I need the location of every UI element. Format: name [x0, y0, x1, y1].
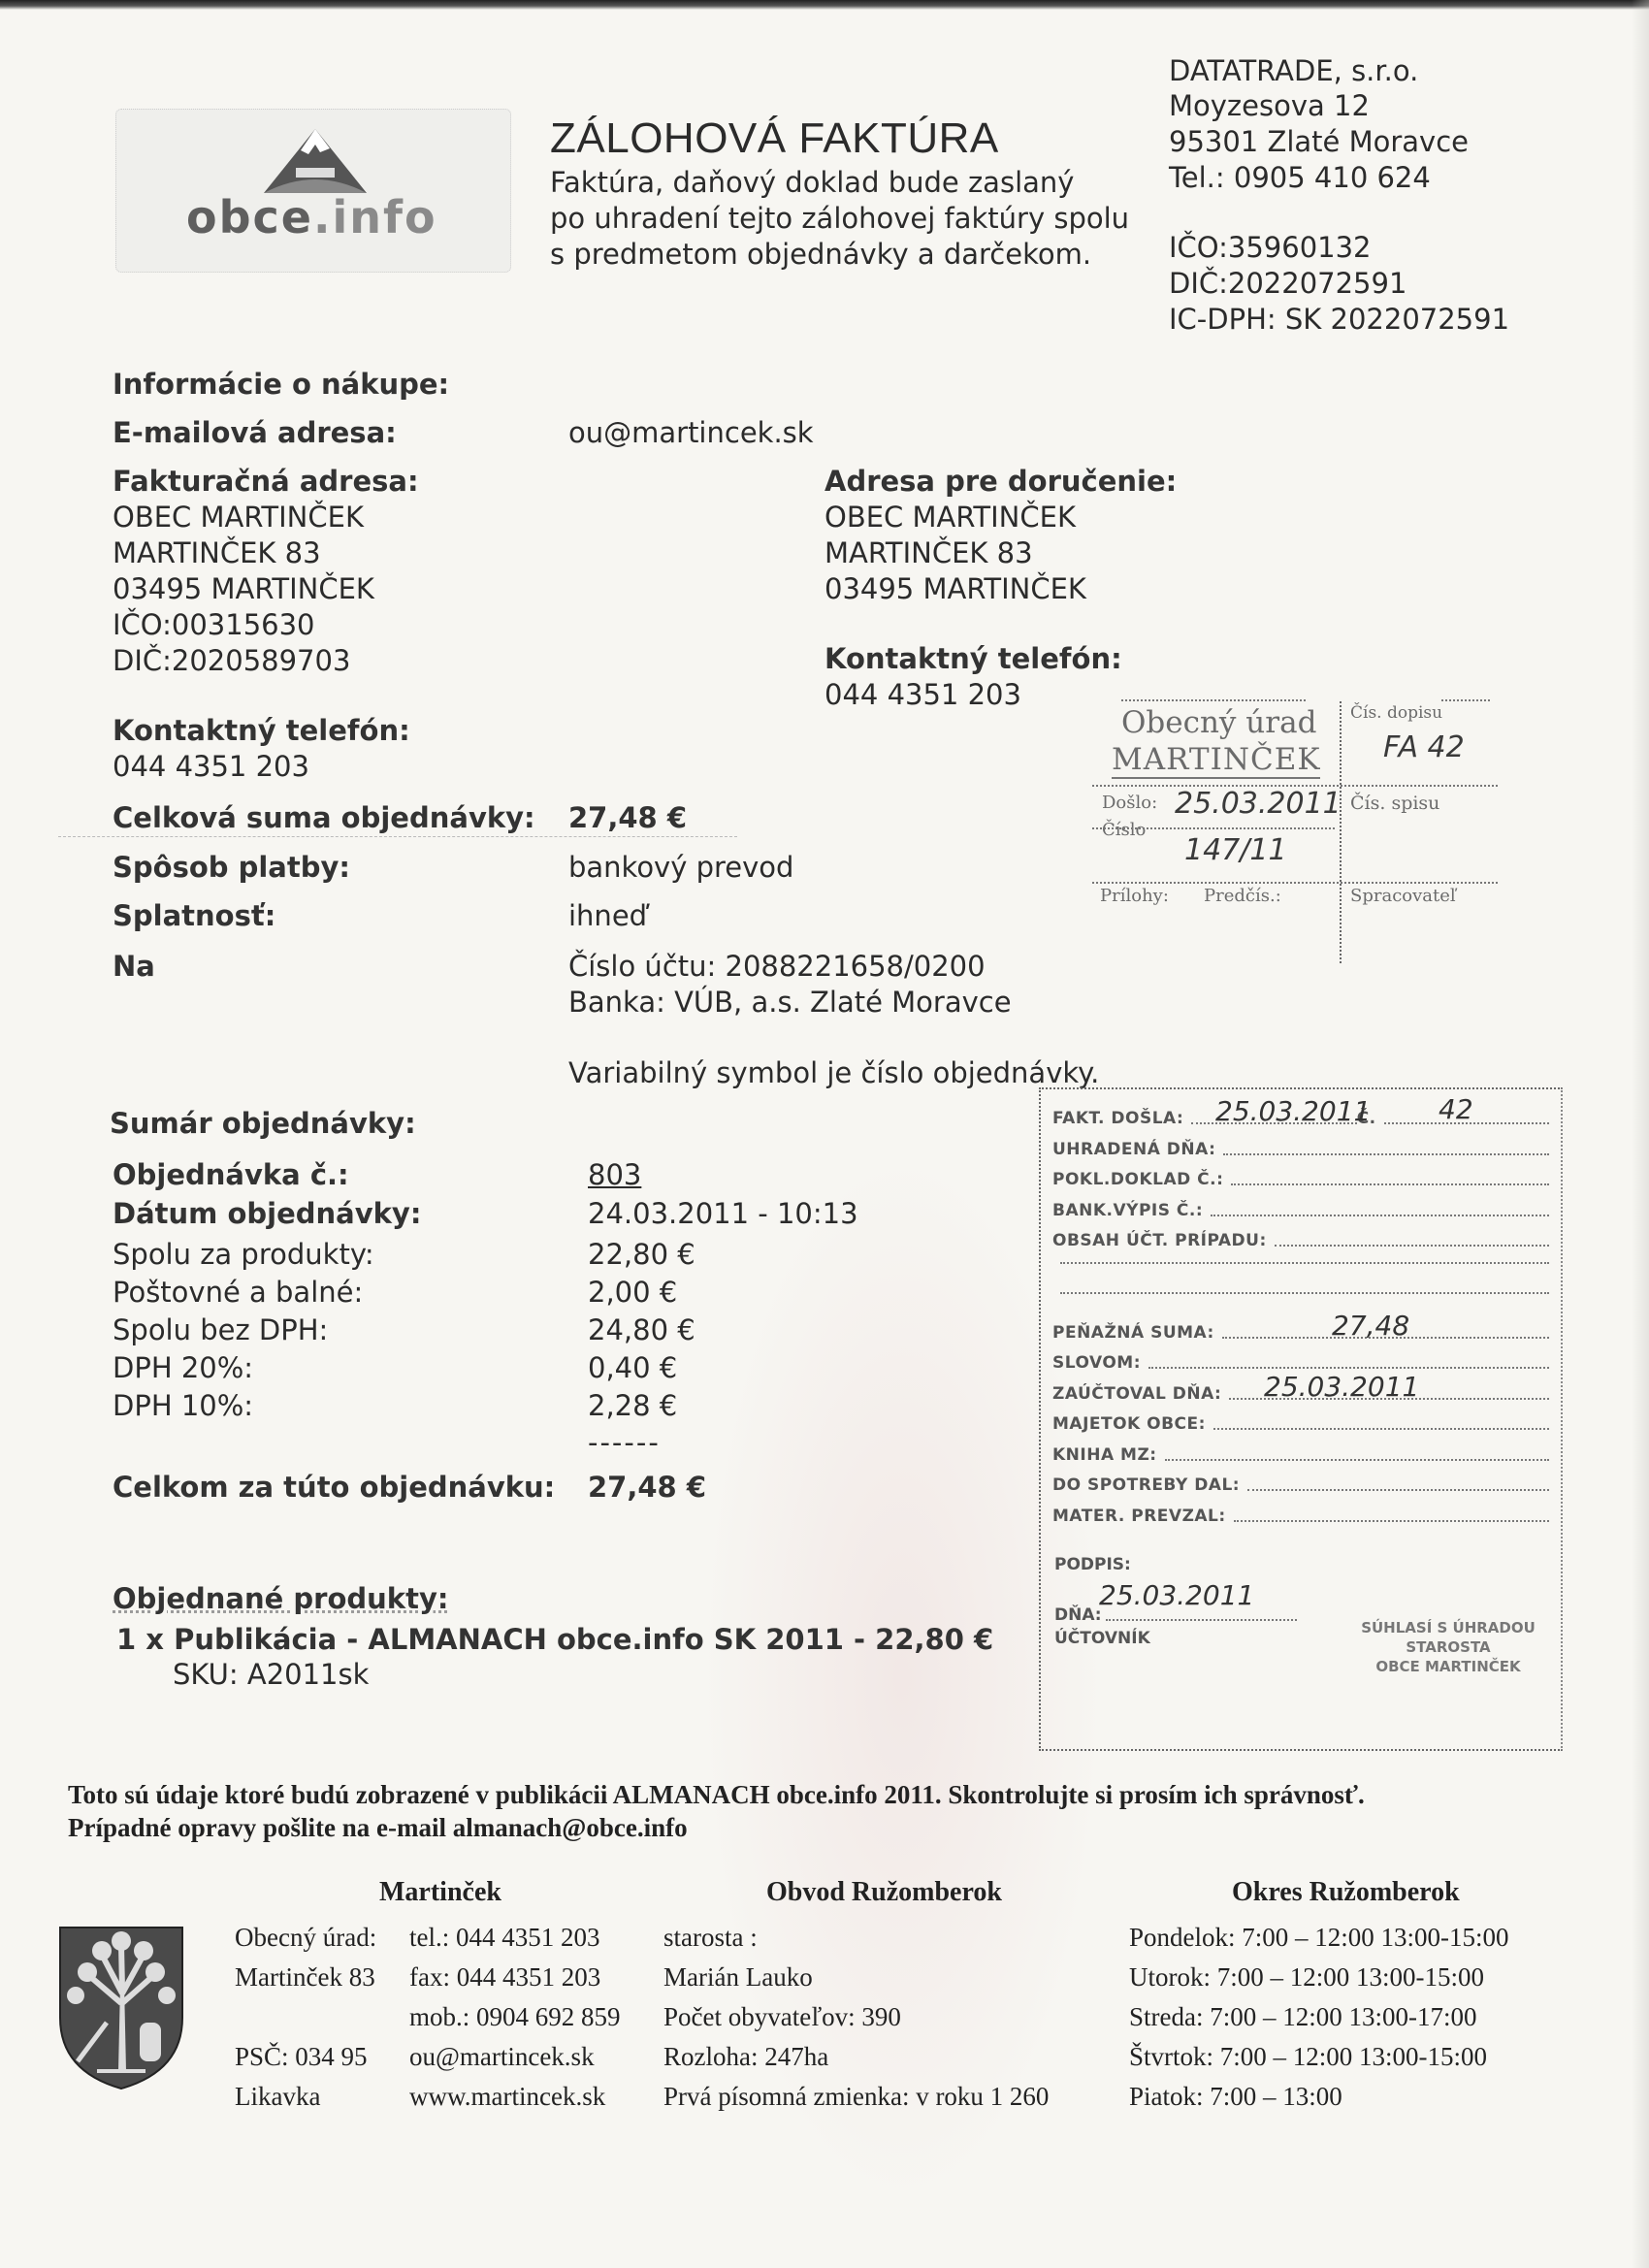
footer-col1-value: ou@martincek.sk — [409, 2037, 595, 2077]
order-number-label: Objednávka č.: — [113, 1157, 349, 1192]
registry-stamp: Obecný úrad MARTINČEK Čís. dopisu FA 42 … — [1092, 692, 1498, 963]
products-heading: Objednané produkty: — [113, 1581, 448, 1616]
stamp-attachments-label: Prílohy: — [1100, 886, 1169, 906]
subtitle-line-1: Faktúra, daňový doklad bude zaslaný — [550, 165, 1074, 201]
accounting-row-dots — [1165, 1459, 1549, 1461]
summary-row-label: DPH 20%: — [113, 1350, 253, 1385]
accounting-row-label: OBSAH ÚČT. PRÍPADU: — [1052, 1231, 1267, 1250]
accountant-label: ÚČTOVNÍK — [1054, 1629, 1150, 1648]
shipping-line: MARTINČEK 83 — [824, 535, 1033, 570]
billing-phone: 044 4351 203 — [113, 749, 309, 784]
footer-col2-heading: Obvod Ružomberok — [766, 1877, 1002, 1908]
summary-row-value: 22,80 € — [588, 1237, 695, 1272]
accounting-row-extra-value: 42 — [1439, 1093, 1473, 1125]
footer-col3-line: Štvrtok: 7:00 – 12:00 13:00-15:00 — [1129, 2037, 1487, 2077]
accounting-row: KNIHA MZ: — [1052, 1445, 1549, 1465]
municipal-coat-of-arms-icon — [58, 1926, 184, 2090]
supplier-icdph: IC-DPH: SK 2022072591 — [1169, 302, 1509, 338]
mayor-approval: SÚHLASÍ S ÚHRADOU STAROSTA OBCE MARTINČE… — [1351, 1618, 1545, 1676]
payment-method-label: Spôsob platby: — [113, 850, 350, 885]
obce-info-logo: obce.info — [115, 109, 511, 273]
footer-col1-value: www.martincek.sk — [409, 2077, 605, 2117]
billing-line: OBEC MARTINČEK — [113, 500, 364, 535]
accounting-row-value: 25.03.2011 — [1215, 1095, 1371, 1127]
footer-col2-line: Počet obyvateľov: 390 — [663, 1997, 901, 2037]
accounting-row-label: KNIHA MZ: — [1052, 1445, 1157, 1465]
shipping-line: 03495 MARTINČEK — [824, 571, 1086, 606]
accounting-row: POKL.DOKLAD Č.: — [1052, 1170, 1549, 1189]
footer-col1-label: PSČ: 034 95 — [235, 2037, 368, 2077]
footer-col1-label: Obecný úrad: — [235, 1918, 376, 1958]
supplier-phone: Tel.: 0905 410 624 — [1169, 160, 1431, 196]
shipping-address-label: Adresa pre doručenie: — [824, 464, 1177, 499]
payee-label: Na — [113, 949, 155, 984]
accounting-row-dots — [1148, 1367, 1549, 1369]
accounting-row-value: 27,48 — [1332, 1310, 1409, 1342]
stamp-office-line1: Obecný úrad — [1121, 705, 1316, 740]
scan-right-edge — [1632, 0, 1649, 2268]
product-sku: SKU: A2011sk — [173, 1657, 369, 1692]
accounting-row: OBSAH ÚČT. PRÍPADU: — [1052, 1231, 1549, 1250]
bank-name: Banka: VÚB, a.s. Zlaté Moravce — [568, 985, 1012, 1020]
accounting-row-dots — [1231, 1183, 1549, 1185]
billing-phone-label: Kontaktný telefón: — [113, 713, 410, 748]
summary-row-label: Spolu bez DPH: — [113, 1312, 328, 1347]
payment-method-value: bankový prevod — [568, 850, 793, 885]
product-line: 1 x Publikácia - ALMANACH obce.info SK 2… — [116, 1622, 993, 1657]
order-date-label: Dátum objednávky: — [113, 1196, 421, 1231]
stamp-office-line2: MARTINČEK — [1112, 742, 1320, 779]
accounting-row-dots — [1247, 1489, 1549, 1491]
footer-col1-value: tel.: 044 4351 203 — [409, 1918, 600, 1958]
accounting-row-dots — [1060, 1262, 1549, 1264]
footer-col3-line: Utorok: 7:00 – 12:00 13:00-15:00 — [1129, 1958, 1484, 1997]
footer-col3-heading: Okres Ružomberok — [1232, 1877, 1460, 1908]
accounting-row: PEŇAŽNÁ SUMA: — [1052, 1323, 1549, 1343]
footer-col1-label: Likavka — [235, 2077, 320, 2117]
summary-separator: ------ — [588, 1425, 661, 1460]
accountant-date-label: DŇA: — [1054, 1605, 1102, 1625]
footer-col3-line: Piatok: 7:00 – 13:00 — [1129, 2077, 1342, 2117]
account-number: Číslo účtu: 2088221658/0200 — [568, 949, 986, 984]
summary-row-label: DPH 10%: — [113, 1388, 253, 1423]
footer-col3-line: Streda: 7:00 – 12:00 13:00-17:00 — [1129, 1997, 1476, 2037]
accounting-row-value: 25.03.2011 — [1264, 1371, 1419, 1403]
summary-heading: Sumár objednávky: — [110, 1106, 416, 1141]
accounting-row-label: PEŇAŽNÁ SUMA: — [1052, 1323, 1214, 1343]
signature-label: PODPIS: — [1054, 1555, 1131, 1574]
accounting-row-dots — [1223, 1153, 1549, 1155]
due-value: ihneď — [568, 898, 647, 933]
summary-row-value: 24,80 € — [588, 1312, 695, 1347]
scan-dash-line — [58, 836, 737, 837]
purchase-info-heading: Informácie o nákupe: — [113, 367, 449, 402]
accounting-row: UHRADENÁ DŇA: — [1052, 1140, 1549, 1159]
accounting-row — [1052, 1262, 1549, 1268]
accounting-row-label: BANK.VÝPIS Č.: — [1052, 1201, 1203, 1220]
supplier-street: Moyzesova 12 — [1169, 88, 1370, 124]
accounting-row — [1052, 1292, 1549, 1298]
stamp-doc-no-value: FA 42 — [1383, 730, 1465, 764]
accounting-row-dots — [1213, 1428, 1549, 1430]
summary-row-label: Poštovné a balné: — [113, 1275, 363, 1310]
subtitle-line-3: s predmetom objednávky a darčekom. — [550, 237, 1091, 273]
stamp-received-value: 25.03.2011 — [1175, 787, 1342, 821]
summary-row-value: 2,00 € — [588, 1275, 677, 1310]
grand-total-value: 27,48 € — [588, 1470, 706, 1505]
stamp-number-label: Číslo — [1102, 820, 1146, 840]
billing-ico: IČO:00315630 — [113, 607, 315, 642]
accounting-row-dots — [1060, 1292, 1549, 1294]
shipping-line: OBEC MARTINČEK — [824, 500, 1076, 535]
summary-row-value: 0,40 € — [588, 1350, 677, 1385]
footer-col1-value: fax: 044 4351 203 — [409, 1958, 600, 1997]
summary-row-value: 2,28 € — [588, 1388, 677, 1423]
footer-col1-label: Martinček 83 — [235, 1958, 375, 1997]
order-total-value: 27,48 € — [568, 800, 687, 835]
stamp-number-value: 147/11 — [1184, 833, 1287, 867]
due-label: Splatnosť: — [113, 898, 275, 933]
footer-col1-value: mob.: 0904 692 859 — [409, 1997, 621, 2037]
variable-symbol-note: Variabilný symbol je číslo objednávky. — [568, 1055, 1099, 1090]
email-label: E-mailová adresa: — [113, 415, 397, 450]
footer-col2-line: Marián Lauko — [663, 1958, 813, 1997]
stamp-handler-label: Spracovateľ — [1350, 886, 1456, 906]
order-date-value: 24.03.2011 - 10:13 — [588, 1196, 858, 1231]
supplier-dic: DIČ:2022072591 — [1169, 266, 1406, 302]
accounting-row-label: MAJETOK OBCE: — [1052, 1414, 1206, 1434]
subtitle-line-2: po uhradení tejto zálohovej faktúry spol… — [550, 201, 1129, 237]
accounting-stamp: FAKT. DOŠLA:Č.25.03.201142UHRADENÁ DŇA:P… — [1039, 1087, 1563, 1751]
billing-dic: DIČ:2020589703 — [113, 643, 350, 678]
accounting-row-label: ZAÚČTOVAL DŇA: — [1052, 1384, 1221, 1404]
accounting-row-label: SLOVOM: — [1052, 1353, 1141, 1373]
accounting-row: BANK.VÝPIS Č.: — [1052, 1201, 1549, 1220]
supplier-name: DATATRADE, s.r.o. — [1169, 53, 1418, 89]
billing-line: MARTINČEK 83 — [113, 535, 321, 570]
scan-top-edge — [0, 0, 1649, 10]
accounting-row-label: FAKT. DOŠLA: — [1052, 1109, 1183, 1128]
accountant-date-value: 25.03.2011 — [1099, 1579, 1254, 1611]
order-total-label: Celková suma objednávky: — [113, 800, 535, 835]
supplier-ico: IČO:35960132 — [1169, 230, 1372, 266]
billing-address-label: Fakturačná adresa: — [113, 464, 419, 499]
accounting-row: DO SPOTREBY DAL: — [1052, 1475, 1549, 1495]
stamp-prefix-label: Predčís.: — [1204, 886, 1281, 906]
shipping-phone: 044 4351 203 — [824, 677, 1021, 712]
order-number-value: 803 — [588, 1157, 641, 1192]
page-title: ZÁLOHOVÁ FAKTÚRA — [550, 114, 999, 163]
accounting-row: MAJETOK OBCE: — [1052, 1414, 1549, 1434]
accounting-row-dots — [1211, 1215, 1549, 1216]
footer-note-line2: Prípadné opravy pošlite na e-mail almana… — [68, 1811, 688, 1844]
supplier-city: 95301 Zlaté Moravce — [1169, 124, 1469, 160]
accounting-row-label: POKL.DOKLAD Č.: — [1052, 1170, 1223, 1189]
footer-col2-line: starosta : — [663, 1918, 758, 1958]
accounting-row-label: UHRADENÁ DŇA: — [1052, 1140, 1215, 1159]
accounting-row-label: MATER. PREVZAL: — [1052, 1507, 1226, 1526]
accounting-row-label: DO SPOTREBY DAL: — [1052, 1475, 1240, 1495]
footer-col2-line: Prvá písomná zmienka: v roku 1 260 — [663, 2077, 1049, 2117]
billing-line: 03495 MARTINČEK — [113, 571, 374, 606]
footer-note-line1: Toto sú údaje ktoré budú zobrazené v pub… — [68, 1778, 1365, 1811]
footer-col2-line: Rozloha: 247ha — [663, 2037, 828, 2077]
footer-col1-heading: Martinček — [379, 1877, 501, 1908]
logo-wordmark: obce.info — [186, 191, 437, 243]
email-value: ou@martincek.sk — [568, 415, 814, 450]
summary-row-label: Spolu za produkty: — [113, 1237, 374, 1272]
accounting-row: MATER. PREVZAL: — [1052, 1507, 1549, 1526]
stamp-doc-no-label: Čís. dopisu — [1350, 703, 1442, 723]
footer-col3-line: Pondelok: 7:00 – 12:00 13:00-15:00 — [1129, 1918, 1509, 1958]
mountain-logo-icon — [262, 127, 369, 195]
grand-total-label: Celkom za túto objednávku: — [113, 1470, 555, 1505]
stamp-received-label: Došlo: — [1102, 793, 1157, 813]
stamp-file-label: Čís. spisu — [1350, 793, 1439, 814]
accounting-row-dots — [1275, 1245, 1549, 1247]
shipping-phone-label: Kontaktný telefón: — [824, 641, 1122, 676]
accounting-row-dots — [1234, 1520, 1549, 1522]
